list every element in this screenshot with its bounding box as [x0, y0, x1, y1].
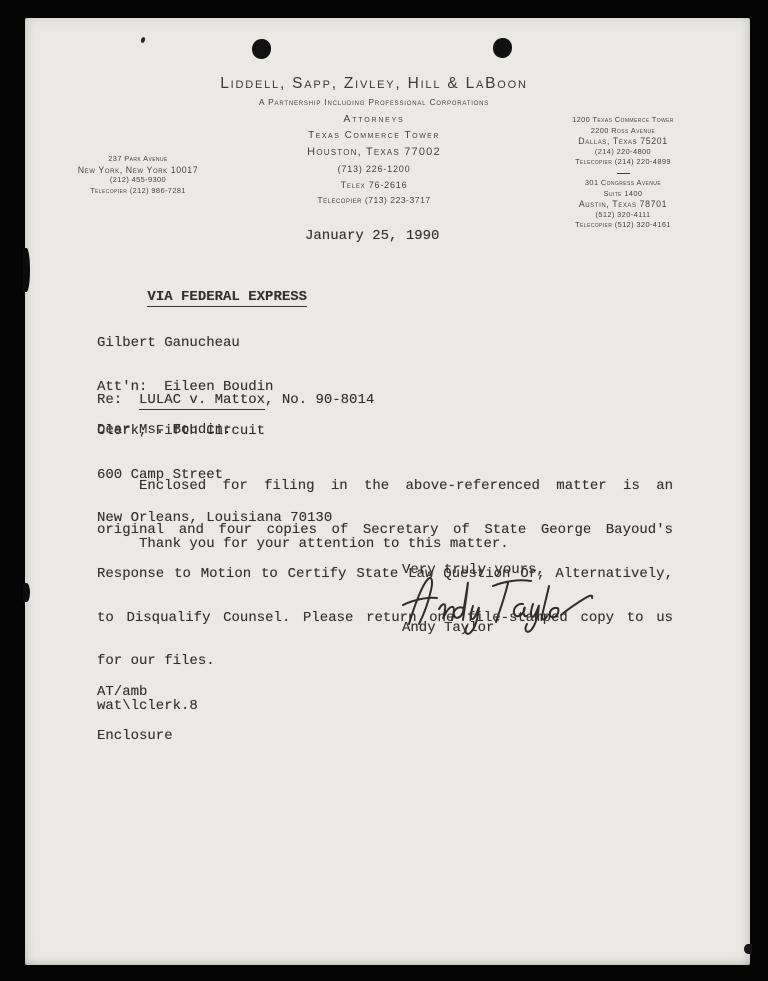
letterhead-firm-name: Liddell, Sapp, Zivley, Hill & LaBoon — [25, 75, 723, 93]
recipient-name: Gilbert Ganucheau — [97, 336, 332, 351]
austin-telecopier: Telecopier (512) 320-4161 — [533, 220, 713, 231]
scan-speck — [140, 36, 146, 43]
delivery-method-line: VIA FEDERAL EXPRESS — [147, 289, 307, 307]
scan-edge-artifact — [23, 583, 30, 602]
closing-paragraph: Thank you for your attention to this mat… — [139, 537, 509, 552]
new-york-office-block: 237 Park Avenue New York, New York 10017… — [48, 154, 228, 196]
file-reference-line: wat\lclerk.8 — [97, 699, 198, 714]
dallas-phone: (214) 220-4800 — [533, 147, 713, 158]
punch-hole-right — [493, 38, 512, 58]
dallas-building: 1200 Texas Commerce Tower — [533, 115, 713, 126]
salutation-line: Dear Ms. Boudin: — [97, 423, 231, 438]
scanned-letter: Liddell, Sapp, Zivley, Hill & LaBoon A P… — [0, 0, 768, 981]
austin-city: Austin, Texas 78701 — [533, 199, 713, 210]
date-line: January 25, 1990 — [305, 229, 439, 244]
austin-street: 301 Congress Avenue — [533, 178, 713, 189]
dallas-telecopier: Telecopier (214) 220-4899 — [533, 157, 713, 168]
re-case-number: , No. 90-8014 — [265, 392, 374, 408]
austin-phone: (512) 320-4111 — [533, 210, 713, 221]
re-line: Re: LULAC v. Mattox, No. 90-8014 — [97, 393, 374, 408]
dallas-street: 2200 Ross Avenue — [533, 126, 713, 137]
scan-edge-artifact — [23, 248, 30, 292]
scan-edge-artifact — [744, 944, 752, 954]
letterhead-partnership-line: A Partnership Including Professional Cor… — [25, 97, 723, 107]
office-divider — [617, 173, 630, 174]
new-york-telecopier: Telecopier (212) 986-7281 — [48, 186, 228, 197]
paragraph-line: for our files. — [97, 654, 673, 669]
new-york-city: New York, New York 10017 — [48, 165, 228, 176]
dallas-city: Dallas, Texas 75201 — [533, 136, 713, 147]
re-case-name: LULAC v. Mattox — [139, 392, 265, 410]
re-label: Re: — [97, 392, 139, 408]
dallas-austin-office-block: 1200 Texas Commerce Tower 2200 Ross Aven… — [533, 115, 713, 231]
reference-block: AT/amb Enclosure — [97, 656, 173, 773]
new-york-street: 237 Park Avenue — [48, 154, 228, 165]
austin-suite: Suite 1400 — [533, 189, 713, 200]
paragraph-line: Enclosed for filing in the above-referen… — [97, 479, 673, 494]
letter-page: Liddell, Sapp, Zivley, Hill & LaBoon A P… — [25, 18, 750, 965]
new-york-phone: (212) 455-9300 — [48, 175, 228, 186]
punch-hole-left — [252, 39, 271, 59]
enclosure-line: Enclosure — [97, 729, 173, 744]
typed-name-line: Andy Taylor — [402, 621, 494, 636]
